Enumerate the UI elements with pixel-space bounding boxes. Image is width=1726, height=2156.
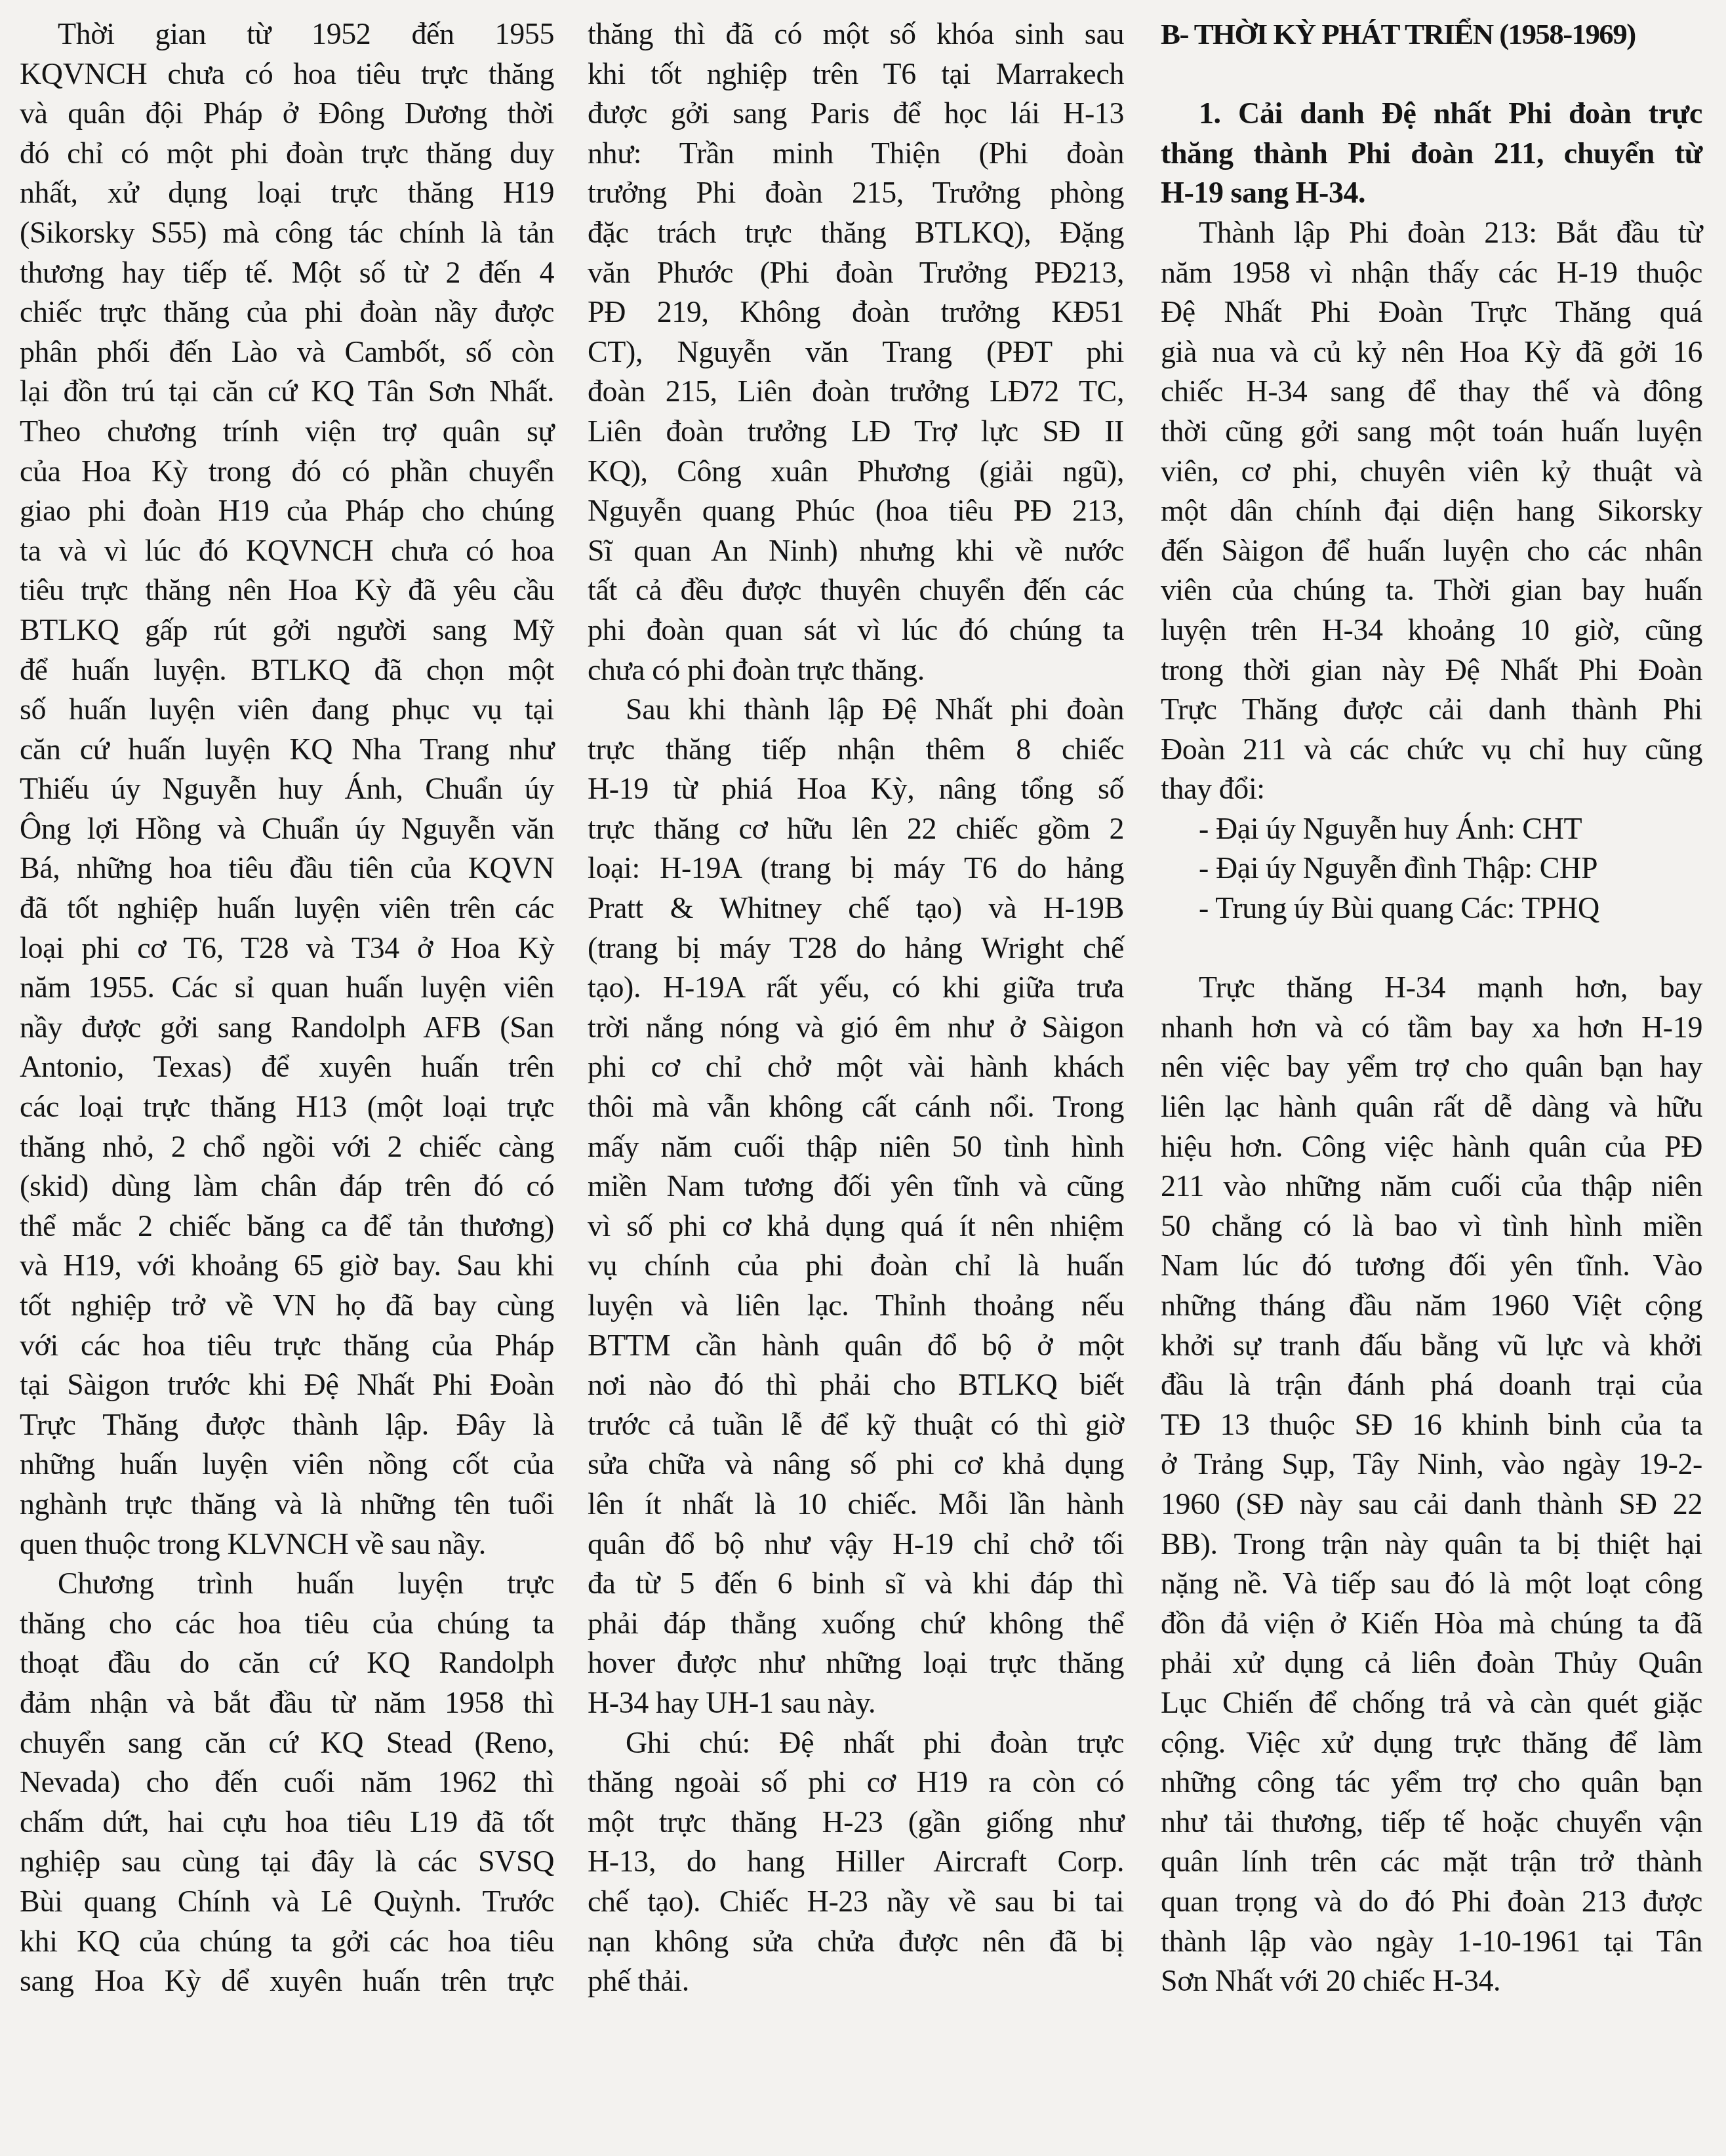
text-line: phi đoàn quan sát vì lúc đó chúng ta (588, 610, 1124, 650)
text-line: trực thăng cơ hữu lên 22 chiếc gồm 2 (588, 809, 1124, 849)
text-line: chiếc H-34 sang để thay thế và đông (1161, 372, 1702, 412)
text-line: quân đổ bộ như vậy H-19 chỉ chở tối (588, 1525, 1124, 1565)
text-line: trong thời gian này Đệ Nhất Phi Đoàn (1161, 650, 1702, 690)
text-line: chưa có phi đoàn trực thăng. (588, 650, 1124, 690)
text-line: quen thuộc trong KLVNCH về sau nầy. (20, 1525, 554, 1565)
text-line: đầu là trận đánh phá doanh trại của (1161, 1365, 1702, 1405)
text-line: để huấn luyện. BTLKQ đã chọn một (20, 650, 554, 690)
text-line: chấm dứt, hai cựu hoa tiêu L19 đã tốt (20, 1803, 554, 1843)
text-line: Antonio, Texas) để xuyên huấn trên (20, 1047, 554, 1087)
text-line: luyện và liên lạc. Thỉnh thoảng nếu (588, 1286, 1124, 1326)
text-line: thăng nhỏ, 2 chổ ngồi với 2 chiếc càng (20, 1127, 554, 1167)
text-line: TĐ 13 thuộc SĐ 16 khinh binh của ta (1161, 1405, 1702, 1445)
text-line: đó chỉ có một phi đoàn trực thăng duy (20, 134, 554, 174)
text-line: như: Trần minh Thiện (Phi đoàn (588, 134, 1124, 174)
text-line: sửa chữa và nâng số phi cơ khả dụng (588, 1445, 1124, 1485)
text-line: phân phối đến Lào và Cambốt, số còn (20, 332, 554, 372)
text-line: cộng. Việc xử dụng trực thăng để làm (1161, 1723, 1702, 1763)
text-line: Trực thăng H-34 mạnh hơn, bay (1161, 968, 1702, 1008)
text-line: căn cứ huấn luyện KQ Nha Trang như (20, 730, 554, 770)
text-line: thôi mà vẫn không cất cánh nổi. Trong (588, 1087, 1124, 1127)
column-left: Thời gian từ 1952 đến 1955KQVNCH chưa có… (20, 14, 554, 2001)
text-line: Chương trình huấn luyện trực (20, 1564, 554, 1604)
text-line: KQVNCH chưa có hoa tiêu trực thăng (20, 54, 554, 94)
text-line: tốt nghiệp trở về VN họ đã bay cùng (20, 1286, 554, 1326)
text-line: Trực Thăng được thành lập. Đây là (20, 1405, 554, 1445)
text-line: trời nắng nóng và gió êm như ở Sàigon (588, 1008, 1124, 1048)
text-line: Thành lập Phi đoàn 213: Bắt đầu từ (1161, 213, 1702, 253)
text-line: các loại trực thăng H13 (một loại trực (20, 1087, 554, 1127)
text-line: H-13, do hang Hiller Aircraft Corp. (588, 1842, 1124, 1882)
document-page: Thời gian từ 1952 đến 1955KQVNCH chưa có… (0, 0, 1726, 2156)
text-line: già nua và củ kỷ nên Hoa Kỳ đã gởi 16 (1161, 332, 1702, 372)
text-line: hiệu hơn. Công việc hành quân của PĐ (1161, 1127, 1702, 1167)
text-line: Trực Thăng được cải danh thành Phi (1161, 690, 1702, 730)
text-line: nghiệp sau cùng tại đây là các SVSQ (20, 1842, 554, 1882)
text-line: Bá, những hoa tiêu đầu tiên của KQVN (20, 848, 554, 888)
text-line: (Sikorsky S55) mà công tác chính là tản (20, 213, 554, 253)
text-line: ta và vì lúc đó KQVNCH chưa có hoa (20, 531, 554, 571)
text-line: đồn đả viện ở Kiến Hòa mà chúng ta đã (1161, 1604, 1702, 1644)
text-line: H-34 hay UH-1 sau này. (588, 1683, 1124, 1723)
text-line: Ghi chú: Đệ nhất phi đoàn trực (588, 1723, 1124, 1763)
text-line: những công tác yểm trợ cho quân bạn (1161, 1763, 1702, 1803)
text-line: những huấn luyện viên nồng cốt của (20, 1445, 554, 1485)
text-line: đảm nhận và bắt đầu từ năm 1958 thì (20, 1683, 554, 1723)
text-line: 211 vào những năm cuối của thập niên (1161, 1167, 1702, 1207)
text-line: vụ chính của phi đoàn chỉ là huấn (588, 1246, 1124, 1286)
text-line: H-19 từ phiá Hoa Kỳ, nâng tổng số (588, 769, 1124, 809)
text-line: Bùi quang Chính và Lê Quỳnh. Trước (20, 1882, 554, 1922)
text-line: nơi nào đó thì phải cho BTLKQ biết (588, 1365, 1124, 1405)
text-line: Sơn Nhất với 20 chiếc H-34. (1161, 1961, 1702, 2001)
list-item: - Trung úy Bùi quang Các: TPHQ (1161, 888, 1702, 928)
text-line: đặc trách trực thăng BTLKQ), Đặng (588, 213, 1124, 253)
text-line: một trực thăng H-23 (gần giống như (588, 1803, 1124, 1843)
text-line: Nguyễn quang Phúc (hoa tiêu PĐ 213, (588, 491, 1124, 531)
blank-line (1161, 928, 1702, 968)
text-line: tạo). H-19A rất yếu, có khi giữa trưa (588, 968, 1124, 1008)
text-line: Pratt & Whitney chế tạo) và H-19B (588, 888, 1124, 928)
text-line: BTLKQ gấp rút gởi người sang Mỹ (20, 610, 554, 650)
text-line: nạn không sửa chửa được nên đã bị (588, 1922, 1124, 1962)
text-line: văn Phước (Phi đoàn Trưởng PĐ213, (588, 253, 1124, 293)
text-line: thay đổi: (1161, 769, 1702, 809)
text-line: chuyển sang căn cứ KQ Stead (Reno, (20, 1723, 554, 1763)
text-line: giao phi đoàn H19 của Pháp cho chúng (20, 491, 554, 531)
text-line: thoạt đầu do căn cứ KQ Randolph (20, 1643, 554, 1683)
text-line: nhanh hơn và có tầm bay xa hơn H-19 (1161, 1008, 1702, 1048)
text-line: Đoàn 211 và các chức vụ chỉ huy cũng (1161, 730, 1702, 770)
text-line: lên ít nhất là 10 chiếc. Mỗi lần hành (588, 1485, 1124, 1525)
text-line: Nevada) cho đến cuối năm 1962 thì (20, 1763, 554, 1803)
text-line: nên việc bay yểm trợ cho quân bạn hay (1161, 1047, 1702, 1087)
text-line: tại Sàigon trước khi Đệ Nhất Phi Đoàn (20, 1365, 554, 1405)
text-line: Theo chương trính viện trợ quân sự (20, 412, 554, 452)
text-line: Liên đoàn trưởng LĐ Trợ lực SĐ II (588, 412, 1124, 452)
text-line: khi tốt nghiệp trên T6 tại Marrakech (588, 54, 1124, 94)
text-line: và H19, với khoảng 65 giờ bay. Sau khi (20, 1246, 554, 1286)
text-line: BB). Trong trận này quân ta bị thiệt hại (1161, 1525, 1702, 1565)
text-line: những tháng đầu năm 1960 Việt cộng (1161, 1286, 1702, 1326)
text-line: vì số phi cơ khả dụng quá ít nên nhiệm (588, 1207, 1124, 1247)
column-middle: thăng thì đã có một số khóa sinh saukhi … (588, 14, 1124, 2001)
text-line: 50 chẳng có là bao vì tình hình miền (1161, 1207, 1702, 1247)
text-line: loại phi cơ T6, T28 và T34 ở Hoa Kỳ (20, 928, 554, 968)
text-line: nhất, xử dụng loại trực thăng H19 (20, 173, 554, 213)
text-line: đã tốt nghiệp huấn luyện viên trên các (20, 888, 554, 928)
text-line: sang Hoa Kỳ dể xuyên huấn trên trực (20, 1961, 554, 2001)
text-line: Ông lợi Hồng và Chuẩn úy Nguyễn văn (20, 809, 554, 849)
text-line: phế thải. (588, 1961, 1124, 2001)
text-line: (skid) dùng làm chân đáp trên đó có (20, 1167, 554, 1207)
text-line: Thời gian từ 1952 đến 1955 (20, 14, 554, 54)
subsection-heading-line: 1. Cải danh Đệ nhất Phi đoàn trực (1161, 94, 1702, 134)
list-item: - Đại úy Nguyễn huy Ánh: CHT (1161, 809, 1702, 849)
text-line: luyện trên H-34 khoảng 10 giờ, cũng (1161, 610, 1702, 650)
text-line: và quân đội Pháp ở Đông Dương thời (20, 94, 554, 134)
text-line: khởi sự tranh đấu bằng vũ lực và khởi (1161, 1326, 1702, 1366)
text-line: được gởi sang Paris để học lái H-13 (588, 94, 1124, 134)
text-line: thương hay tiếp tế. Một số từ 2 đến 4 (20, 253, 554, 293)
text-line: thể mắc 2 chiếc băng ca để tản thương) (20, 1207, 554, 1247)
text-line: mấy năm cuối thập niên 50 tình hình (588, 1127, 1124, 1167)
text-line: quan trọng và do đó Phi đoàn 213 được (1161, 1882, 1702, 1922)
text-line: năm 1958 vì nhận thấy các H-19 thuộc (1161, 253, 1702, 293)
text-line: đến Sàigon để huấn luyện cho các nhân (1161, 531, 1702, 571)
text-line: khi KQ của chúng ta gởi các hoa tiêu (20, 1922, 554, 1962)
text-line: hover được như những loại trực thăng (588, 1643, 1124, 1683)
text-line: chiếc trực thăng của phi đoàn nầy được (20, 292, 554, 332)
subsection-heading-line: thăng thành Phi đoàn 211, chuyển từ (1161, 134, 1702, 174)
text-line: phi cơ chỉ chở một vài hành khách (588, 1047, 1124, 1087)
text-line: lại đồn trú tại căn cứ KQ Tân Sơn Nhất. (20, 372, 554, 412)
text-line: tiêu trực thăng nên Hoa Kỳ đã yêu cầu (20, 570, 554, 610)
text-line: số huấn luyện viên đang phục vụ tại (20, 690, 554, 730)
column-right: B- THỜI KỲ PHÁT TRIỂN (1958-1969)1. Cải … (1161, 14, 1702, 2001)
text-line: loại: H-19A (trang bị máy T6 do hảng (588, 848, 1124, 888)
text-line: viên, cơ phi, chuyên viên kỷ thuật và (1161, 452, 1702, 492)
text-line: liên lạc hành quân rất dễ dàng và hữu (1161, 1087, 1702, 1127)
text-line: trưởng Phi đoàn 215, Trưởng phòng (588, 173, 1124, 213)
text-line: CT), Nguyễn văn Trang (PĐT phi (588, 332, 1124, 372)
text-line: ở Trảng Sụp, Tây Ninh, vào ngày 19-2- (1161, 1445, 1702, 1485)
text-line: trực thăng tiếp nhận thêm 8 chiếc (588, 730, 1124, 770)
text-line: viên của chúng ta. Thời gian bay huấn (1161, 570, 1702, 610)
text-line: Sĩ quan An Ninh) nhưng khi về nước (588, 531, 1124, 571)
text-line: năm 1955. Các sỉ quan huấn luyện viên (20, 968, 554, 1008)
section-title: B- THỜI KỲ PHÁT TRIỂN (1958-1969) (1161, 14, 1702, 54)
text-line: Đệ Nhất Phi Đoàn Trực Thăng quá (1161, 292, 1702, 332)
text-line: PĐ 219, Không đoàn trưởng KĐ51 (588, 292, 1124, 332)
text-line: nghành trực thăng và là những tên tuổi (20, 1485, 554, 1525)
text-line: như tải thương, tiếp tế hoặc chuyển vận (1161, 1803, 1702, 1843)
text-line: đa từ 5 đến 6 binh sĩ và khi đáp thì (588, 1564, 1124, 1604)
text-line: một dân chính đại diện hang Sikorsky (1161, 491, 1702, 531)
text-line: Nam lúc đó tương đối yên tĩnh. Vào (1161, 1246, 1702, 1286)
subsection-heading-line: H-19 sang H-34. (1161, 173, 1702, 213)
text-line: thời cũng gởi sang một toán huấn luyện (1161, 412, 1702, 452)
text-line: thăng ngoài số phi cơ H19 ra còn có (588, 1763, 1124, 1803)
text-line: Thiếu úy Nguyễn huy Ánh, Chuẩn úy (20, 769, 554, 809)
text-line: phải xử dụng cả liên đoàn Thủy Quân (1161, 1643, 1702, 1683)
text-line: nầy được gởi sang Randolph AFB (San (20, 1008, 554, 1048)
text-line: chế tạo). Chiếc H-23 nầy về sau bi tai (588, 1882, 1124, 1922)
text-line: Sau khi thành lập Đệ Nhất phi đoàn (588, 690, 1124, 730)
text-line: 1960 (SĐ này sau cải danh thành SĐ 22 (1161, 1485, 1702, 1525)
text-line: (trang bị máy T28 do hảng Wright chế (588, 928, 1124, 968)
text-line: đoàn 215, Liên đoàn trưởng LĐ72 TC, (588, 372, 1124, 412)
text-line: quân lính trên các mặt trận trở thành (1161, 1842, 1702, 1882)
list-item: - Đại úy Nguyễn đình Thập: CHP (1161, 848, 1702, 888)
text-line: phải đáp thẳng xuống chứ không thể (588, 1604, 1124, 1644)
text-line: miền Nam tương đối yên tĩnh và cũng (588, 1167, 1124, 1207)
text-line: thăng thì đã có một số khóa sinh sau (588, 14, 1124, 54)
text-line: nặng nề. Và tiếp sau đó là một loạt công (1161, 1564, 1702, 1604)
text-line: Lục Chiến để chống trả và càn quét giặc (1161, 1683, 1702, 1723)
blank-line (1161, 54, 1702, 94)
text-line: thăng cho các hoa tiêu của chúng ta (20, 1604, 554, 1644)
text-line: tất cả đều được thuyên chuyển đến các (588, 570, 1124, 610)
text-line: KQ), Công xuân Phương (giải ngũ), (588, 452, 1124, 492)
text-line: BTTM cần hành quân đổ bộ ở một (588, 1326, 1124, 1366)
text-line: trước cả tuần lễ để kỹ thuật có thì giờ (588, 1405, 1124, 1445)
text-line: thành lập vào ngày 1-10-1961 tại Tân (1161, 1922, 1702, 1962)
text-line: với các hoa tiêu trực thăng của Pháp (20, 1326, 554, 1366)
text-line: của Hoa Kỳ trong đó có phần chuyển (20, 452, 554, 492)
